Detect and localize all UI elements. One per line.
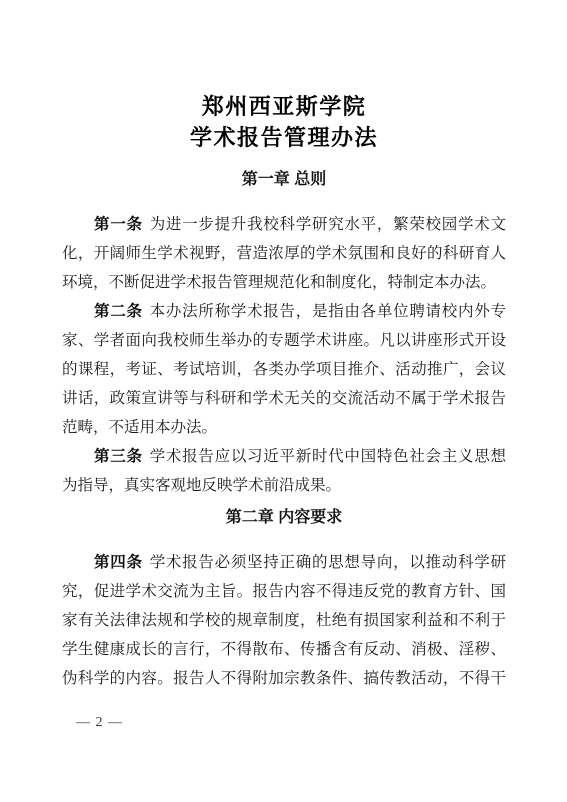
paragraph-line: 讲话，政策宣讲等与科研和学术无关的交流活动不属于学术报告 <box>62 384 506 413</box>
paragraph: 第二条本办法所称学术报告，是指由各单位聘请校内外专家、学者面向我校师生举办的专题… <box>62 297 506 442</box>
paragraph-line: 家、学者面向我校师生举办的专题学术讲座。凡以讲座形式开设 <box>62 326 506 355</box>
paragraph-line: 第二条本办法所称学术报告，是指由各单位聘请校内外专 <box>62 297 506 326</box>
page-number: — 2 — <box>76 715 123 731</box>
paragraph-line: 第三条学术报告应以习近平新时代中国特色社会主义思想 <box>62 442 506 471</box>
article-number: 第三条 <box>94 448 143 465</box>
chapter-heading: 第一章 总则 <box>62 170 506 190</box>
paragraph-line: 化，开阔师生学术视野，营造浓厚的学术氛围和良好的科研育人 <box>62 239 506 268</box>
paragraph-line: 的课程，考证、考试培训，各类办学项目推介、活动推广，会议 <box>62 355 506 384</box>
paragraph-line: 伪科学的内容。报告人不得附加宗教条件、搞传教活动，不得干 <box>62 664 506 693</box>
document-title-line-2: 学术报告管理办法 <box>62 122 506 153</box>
paragraph-line: 第四条学术报告必须坚持正确的思想导向，以推动科学研 <box>62 548 506 577</box>
document-title-line-1: 郑州西亚斯学院 <box>62 91 506 122</box>
paragraph: 第一条为进一步提升我校科学研究水平，繁荣校园学术文化，开阔师生学术视野，营造浓厚… <box>62 210 506 297</box>
document-page: 郑州西亚斯学院 学术报告管理办法 第一章 总则第一条为进一步提升我校科学研究水平… <box>0 0 567 802</box>
article-number: 第一条 <box>94 216 143 233</box>
paragraph-line: 环境，不断促进学术报告管理规范化和制度化，特制定本办法。 <box>62 268 506 297</box>
paragraph-line: 家有关法律法规和学校的规章制度，杜绝有损国家利益和不利于 <box>62 606 506 635</box>
paragraph-line: 第一条为进一步提升我校科学研究水平，繁荣校园学术文 <box>62 210 506 239</box>
paragraph-line: 为指导，真实客观地反映学术前沿成果。 <box>62 471 506 500</box>
article-number: 第四条 <box>94 554 143 571</box>
chapter-heading: 第二章 内容要求 <box>62 508 506 528</box>
document-title: 郑州西亚斯学院 学术报告管理办法 <box>62 91 506 153</box>
paragraph-line: 学生健康成长的言行，不得散布、传播含有反动、消极、淫秽、 <box>62 635 506 664</box>
document-content: 郑州西亚斯学院 学术报告管理办法 第一章 总则第一条为进一步提升我校科学研究水平… <box>62 91 506 693</box>
article-number: 第二条 <box>94 303 143 320</box>
paragraph: 第三条学术报告应以习近平新时代中国特色社会主义思想为指导，真实客观地反映学术前沿… <box>62 442 506 500</box>
paragraph: 第四条学术报告必须坚持正确的思想导向，以推动科学研究，促进学术交流为主旨。报告内… <box>62 548 506 693</box>
paragraph-line: 究，促进学术交流为主旨。报告内容不得违反党的教育方针、国 <box>62 577 506 606</box>
paragraph-line: 范畴，不适用本办法。 <box>62 413 506 442</box>
document-body: 第一章 总则第一条为进一步提升我校科学研究水平，繁荣校园学术文化，开阔师生学术视… <box>62 170 506 693</box>
